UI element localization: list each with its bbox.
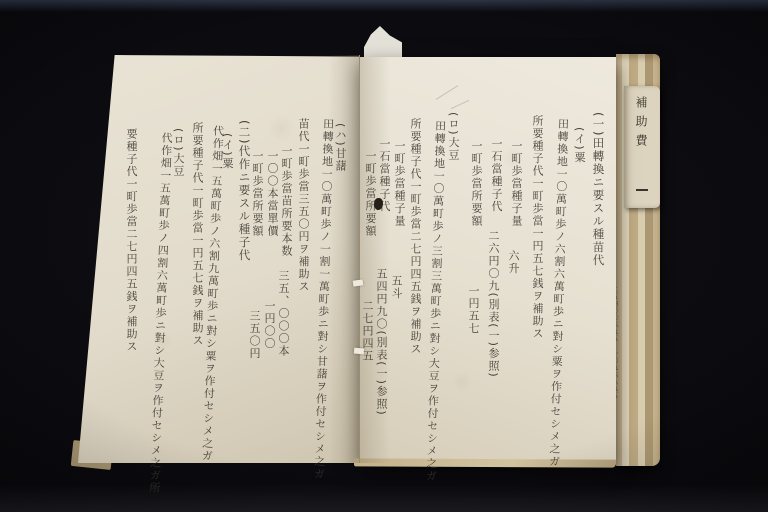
paper-slip [364, 26, 402, 60]
table-edge-highlight [0, 0, 768, 12]
left-page [78, 55, 360, 463]
bottom-page-edges [354, 458, 616, 467]
binding-repair [354, 348, 364, 355]
gutter-shadow-right [360, 57, 390, 463]
right-page [360, 57, 616, 463]
index-tab-label: 補助費 [635, 96, 647, 153]
index-tab-underline [636, 189, 648, 191]
table-surface [0, 484, 768, 512]
photo-background: 補助費 二五四〇〇六九五 一〇九六八九五 (一)田轉換ニ要スル種苗代(イ)粟田轉… [0, 0, 768, 512]
book-gutter [359, 55, 360, 463]
index-tab: 補助費 [624, 86, 660, 208]
gutter-shadow-left [328, 55, 360, 463]
open-manuscript-book: 補助費 二五四〇〇六九五 一〇九六八九五 (一)田轉換ニ要スル種苗代(イ)粟田轉… [78, 48, 663, 478]
